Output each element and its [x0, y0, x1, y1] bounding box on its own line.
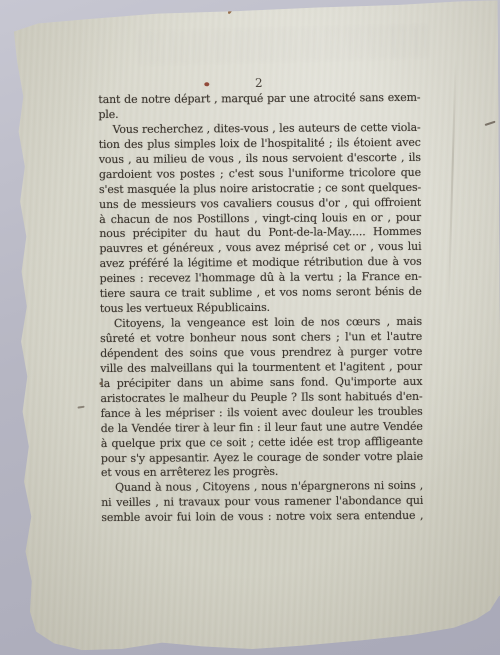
brown-fleck: [227, 7, 233, 15]
paragraph: tant de notre départ , marqué par une at…: [98, 91, 420, 123]
text-line: semble avoir fui loin de vous : notre vo…: [101, 509, 423, 526]
edge-dash: [485, 121, 496, 126]
stain-marks-layer: [0, 0, 498, 2]
page-number: 2: [98, 75, 420, 91]
margin-dash: [77, 406, 84, 409]
paragraph: Vous recherchez , dites-vous , les auteu…: [99, 121, 422, 317]
photo-backdrop: 2 tant de notre départ , marqué par une …: [0, 0, 500, 655]
margin-dot: [99, 382, 102, 385]
text-block: tant de notre départ , marqué par une at…: [98, 91, 423, 526]
ink-showthrough-smudge: [138, 24, 429, 65]
paper-crease: [447, 59, 456, 319]
document-page: 2 tant de notre départ , marqué par une …: [0, 0, 500, 655]
red-ink-dot: [204, 82, 209, 86]
paragraph: Citoyens, la vengeance est loin de nos c…: [100, 315, 423, 526]
